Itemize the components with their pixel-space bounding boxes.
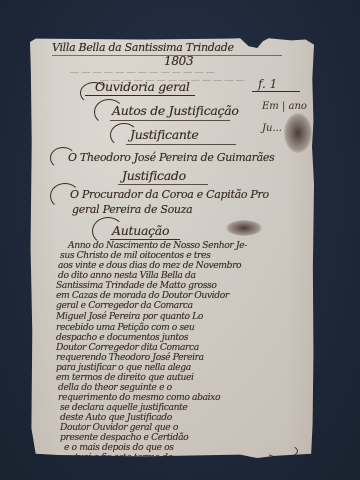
role-justificado: Justificado	[122, 168, 186, 183]
folio-underline	[252, 91, 300, 92]
justificado-name-line1: O Procurador da Coroa e Capitão Pro	[70, 188, 269, 201]
signature-rubric	[284, 113, 312, 153]
ink-flourish-blot	[226, 220, 262, 236]
role-justificante: Justificante	[130, 127, 198, 142]
underline	[126, 144, 236, 145]
case-title: Autos de Justificação	[112, 103, 239, 118]
margin-note-2: Ju...	[262, 123, 282, 134]
section-title: Autuação	[112, 223, 169, 238]
manuscript-page: Villa Bella da Santissima Trindade 1803 …	[30, 37, 314, 458]
body-line: Miguel José Pereira por quanto Lo	[56, 311, 203, 322]
place-line: Villa Bella da Santissima Trindade	[52, 41, 234, 54]
office-line: Ouvidoria geral	[95, 79, 190, 94]
body-line: geral e Corregedor da Comarca	[56, 300, 193, 311]
margin-note-1: Em | ano	[262, 101, 307, 112]
justificante-name: O Theodoro José Pereira de Guimarães	[68, 151, 274, 164]
case-title-underline	[110, 120, 230, 121]
folio-mark: f. 1	[258, 77, 277, 91]
underline	[118, 184, 208, 185]
justificado-name-line2: geral Pereira de Souza	[72, 203, 192, 216]
year: 1803	[164, 54, 193, 68]
